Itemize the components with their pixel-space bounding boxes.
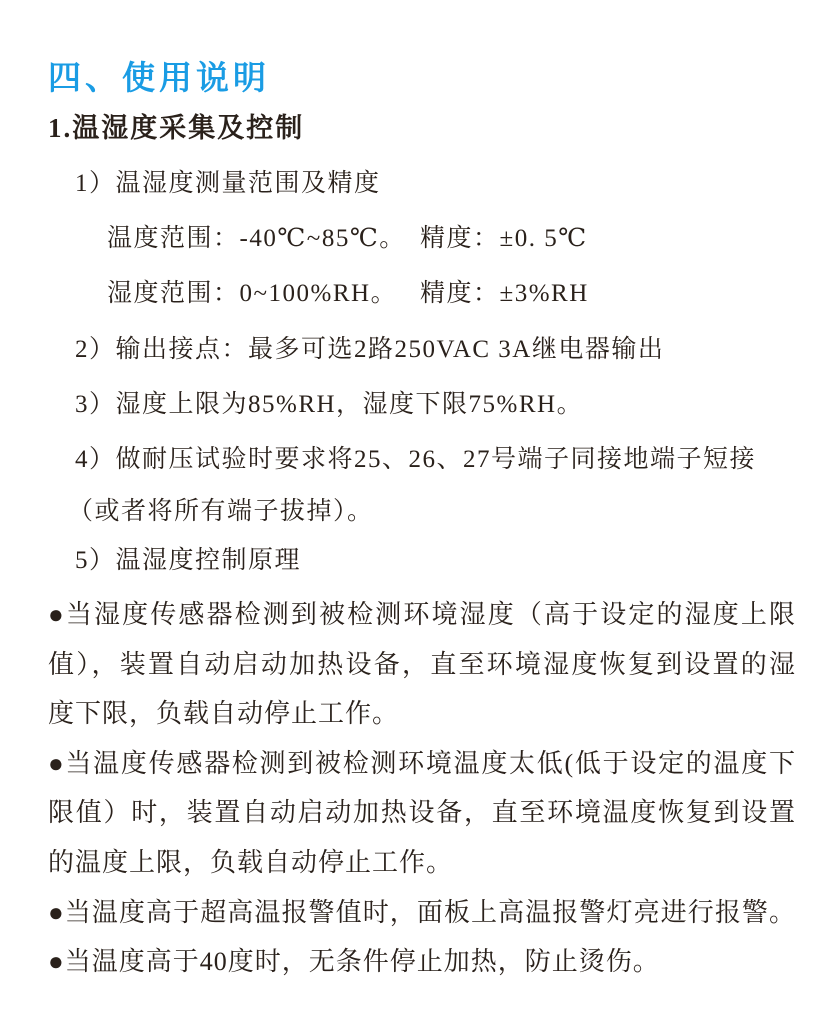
bullet-temperature-line-2: 限值）时，装置自动启动加热设备，直至环境温度恢复到设置 — [48, 788, 796, 838]
bullet-overheat-protection: ●当温度高于40度时，无条件停止加热，防止烫伤。 — [48, 937, 796, 987]
numbered-item-1: 1）温湿度测量范围及精度 — [75, 163, 381, 199]
bullet-humidity-line-3: 度下限，负载自动停止工作。 — [48, 689, 796, 739]
numbered-item-5: 5）温湿度控制原理 — [75, 540, 301, 576]
numbered-item-4-line-1: 4）做耐压试验时要求将25、26、27号端子同接地端子短接 — [75, 439, 756, 475]
spec-row-humidity: 湿度范围：0~100%RH。 精度：±3%RH — [107, 273, 589, 309]
bullet-humidity-line-2: 值），装置自动启动加热设备，直至环境湿度恢复到设置的湿 — [48, 640, 796, 690]
document-page: 四、使用说明 1.温湿度采集及控制 1）温湿度测量范围及精度 温度范围：-40℃… — [0, 0, 827, 1032]
bullet-humidity-line-1: ●当湿度传感器检测到被检测环境湿度（高于设定的湿度上限 — [48, 590, 796, 640]
numbered-item-2: 2）输出接点：最多可选2路250VAC 3A继电器输出 — [75, 329, 664, 365]
bullet-temperature-line-1: ●当温度传感器检测到被检测环境温度太低(低于设定的温度下 — [48, 739, 796, 789]
humidity-range-value: 湿度范围：0~100%RH。 — [107, 273, 420, 309]
subsection-heading: 1.温湿度采集及控制 — [48, 106, 304, 145]
bullet-high-temp-alarm: ●当温度高于超高温报警值时，面板上高温报警灯亮进行报警。 — [48, 888, 796, 938]
numbered-item-4-line-2: （或者将所有端子拔掉）。 — [68, 491, 374, 527]
numbered-item-3: 3）湿度上限为85%RH，湿度下限75%RH。 — [75, 384, 583, 420]
temperature-range-value: 温度范围：-40℃~85℃。 — [107, 218, 420, 254]
section-title: 四、使用说明 — [48, 52, 270, 99]
bullet-paragraphs: ●当湿度传感器检测到被检测环境湿度（高于设定的湿度上限 值），装置自动启动加热设… — [48, 590, 796, 987]
bullet-temperature-line-3: 的温度上限，负载自动停止工作。 — [48, 838, 796, 888]
temperature-precision-value: 精度：±0. 5℃ — [420, 218, 588, 254]
spec-row-temperature: 温度范围：-40℃~85℃。 精度：±0. 5℃ — [107, 218, 588, 254]
humidity-precision-value: 精度：±3%RH — [420, 273, 589, 309]
